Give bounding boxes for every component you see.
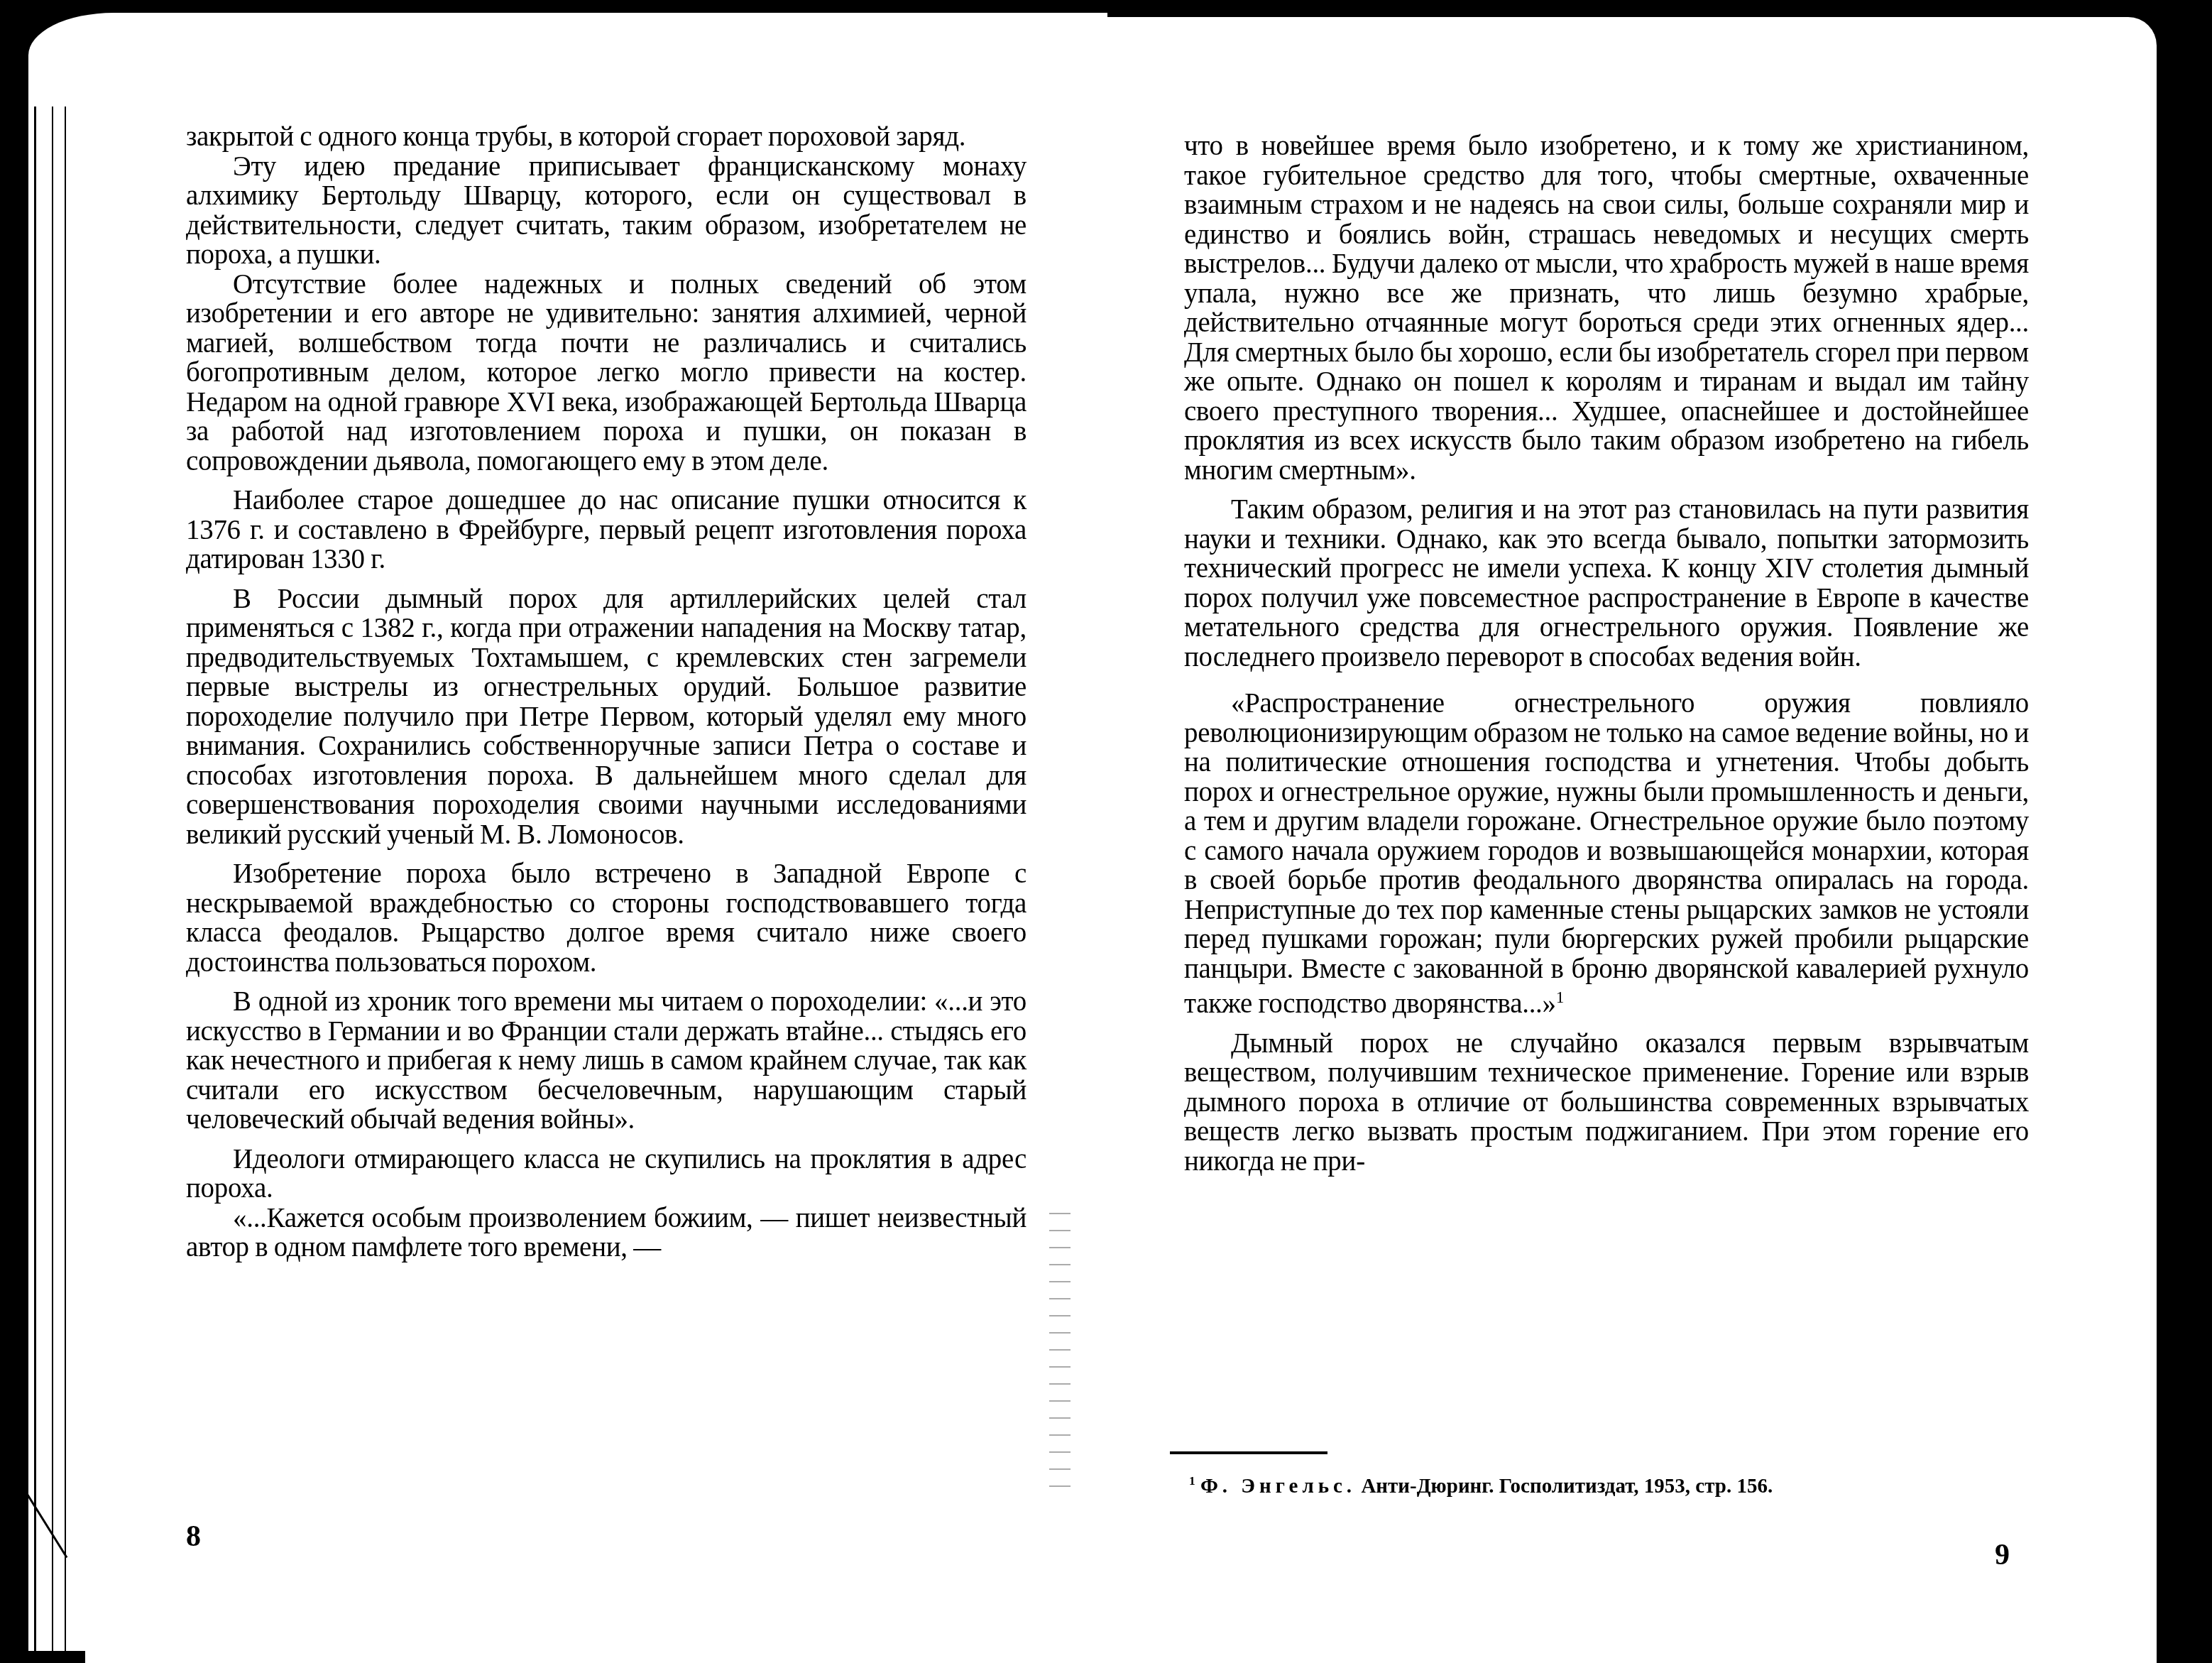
footnote-author: Ф. Энгельс. bbox=[1200, 1475, 1356, 1498]
page-number-left: 8 bbox=[186, 1520, 201, 1554]
paragraph: «...Кажется особым произволением божиим,… bbox=[186, 1204, 1026, 1263]
paragraph: Таким образом, религия и на этот раз ста… bbox=[1184, 495, 2029, 672]
scan-right-border bbox=[2157, 0, 2212, 1663]
paragraph: Изобретение пороха было встречено в Запа… bbox=[186, 859, 1026, 977]
paragraph: Дымный порох не случайно оказался первым… bbox=[1184, 1029, 2029, 1177]
scan-bottom-left-shadow bbox=[0, 1651, 85, 1663]
paragraph: В России дымный порох для артиллерийских… bbox=[186, 584, 1026, 850]
paragraph: что в новейшее время было изобретено, и … bbox=[1184, 131, 2029, 485]
page-number-right: 9 bbox=[1995, 1538, 2010, 1572]
paragraph: Идеологи отмирающего класса не скупились… bbox=[186, 1145, 1026, 1204]
footnote-marker: 1 bbox=[1189, 1473, 1195, 1488]
left-page-text: закрытой с одного конца трубы, в которой… bbox=[186, 122, 1026, 1263]
footnote-source: Анти-Дюринг. Госполитиздат, 1953, стр. 1… bbox=[1361, 1475, 1773, 1498]
footnote: 1 Ф. Энгельс. Анти-Дюринг. Госполитиздат… bbox=[1189, 1473, 1773, 1498]
paragraph: В одной из хроник того времени мы читаем… bbox=[186, 987, 1026, 1135]
book-spread-scan: закрытой с одного конца трубы, в которой… bbox=[0, 0, 2212, 1663]
gutter-noise bbox=[1049, 1207, 1071, 1491]
paragraph: Эту идею предание приписывает францискан… bbox=[186, 152, 1026, 270]
right-page-text: что в новейшее время было изобретено, и … bbox=[1184, 131, 2029, 1176]
left-page-edge-lines bbox=[34, 107, 66, 1662]
paragraph: «Распространение огнестрельного оружия п… bbox=[1184, 689, 2029, 1019]
footnote-divider bbox=[1170, 1451, 1327, 1454]
paragraph: Наиболее старое дошедшее до нас описание… bbox=[186, 486, 1026, 574]
paragraph: закрытой с одного конца трубы, в которой… bbox=[186, 122, 1026, 152]
quote-text: «Распространение огнестрельного оружия п… bbox=[1184, 688, 2029, 1019]
footnote-reference: 1 bbox=[1556, 988, 1564, 1007]
paragraph: Отсутствие более надежных и полных сведе… bbox=[186, 270, 1026, 476]
